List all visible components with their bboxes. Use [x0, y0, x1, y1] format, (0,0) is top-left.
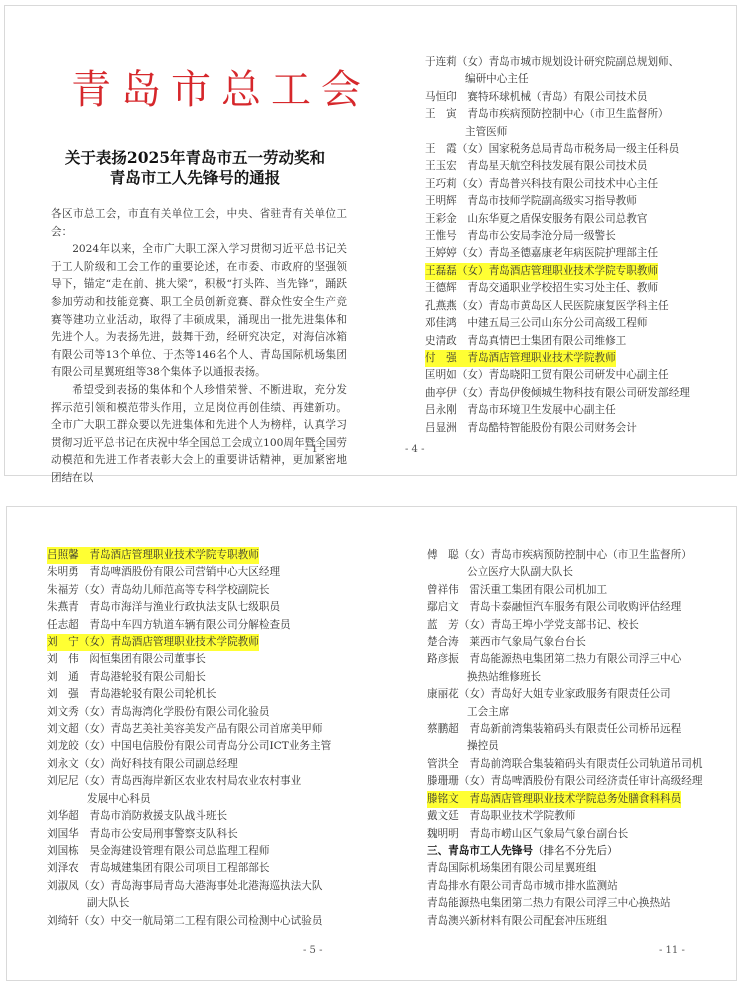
honoree-position: 青岛酒店管理职业技术学院专职教师 [489, 265, 659, 277]
honoree-position-continued: 发展中心科员 [47, 791, 331, 808]
honoree-position: 青岛港轮驳有限公司轮机长 [89, 688, 216, 700]
honoree-name: 刘国栋 [47, 845, 89, 857]
list-item: 蓝 芳（女）青岛王埠小学党支部书记、校长 [427, 617, 702, 634]
honoree-name: 王婷婷（女） [425, 247, 489, 259]
list-item: 王巧莉（女）青岛普兴科技有限公司技术中心主任 [425, 176, 690, 193]
page-number: - 4 - [405, 444, 424, 455]
honoree-position: 莱西市气象局气象台台长 [469, 636, 586, 648]
honoree-position: 青岛市崂山区气象局气象台副台长 [469, 828, 628, 840]
list-item: 蔡鹏超 青岛新前湾集装箱码头有限责任公司桥吊远程操控员 [427, 721, 702, 756]
honoree-name: 刘龙皎（女） [47, 740, 111, 752]
honoree-name: 朱燕青 [47, 601, 89, 613]
list-item: 史清政 青岛真情巴士集团有限公司维修工 [425, 333, 690, 350]
honoree-name: 孔燕燕（女） [425, 300, 489, 312]
honoree-position: 青岛圣德嘉康老年病医院护理部主任 [489, 247, 659, 259]
honoree-position: 青岛市疾病预防控制中心（市卫生监督所） [491, 549, 692, 561]
document-title: 关于表扬2025年青岛市五一劳动奖和 青岛市工人先锋号的通报 [5, 148, 385, 188]
list-item: 康丽花（女）青岛好大姐专业家政服务有限责任公司工会主席 [427, 686, 702, 721]
honoree-position: 青岛市疾病预防控制中心（市卫生监督所） [467, 108, 668, 120]
page-4: 于连莉（女）青岛市城市规划设计研究院副总规划师、编研中心主任马恒印 赛特环球机械… [385, 6, 735, 475]
honoree-position: 青岛幼儿师范高等专科学校副院长 [111, 584, 270, 596]
honoree-position: 青岛西海岸新区农业农村局农业农村事业 [111, 775, 302, 787]
page-number: - 11 - [659, 945, 685, 956]
honoree-position: 青岛酷特智能股份有限公司财务会计 [467, 422, 637, 434]
honoree-position-continued: 工会主席 [427, 704, 702, 721]
honoree-position: 青岛酒店管理职业技术学院教师 [467, 352, 615, 364]
paragraph-1: 2024年以来，全市广大职工深入学习贯彻习近平总书记关于工人阶级和工会工作的重要… [51, 241, 347, 382]
list-item: 付 强 青岛酒店管理职业技术学院教师 [425, 350, 690, 367]
honoree-position: 闳恒集团有限公司董事长 [89, 653, 206, 665]
honoree-position: 青岛海湾化学股份有限公司化验员 [111, 706, 270, 718]
honoree-list: 吕照馨 青岛酒店管理职业技术学院专职教师朱明勇 青岛啤酒股份有限公司营销中心大区… [47, 547, 331, 930]
honoree-position: 青岛前湾联合集装箱码头有限责任公司轨道吊司机 [469, 758, 702, 770]
honoree-name: 滕铭文 [427, 793, 469, 805]
honoree-name: 于连莉（女） [425, 56, 489, 68]
honoree-list-wrap: 傅 聪（女）青岛市疾病预防控制中心（市卫生监督所）公立医疗大队副大队长曾祥伟 雷… [427, 547, 702, 930]
honoree-position: 青岛新前湾集装箱码头有限责任公司桥吊远程 [469, 723, 681, 735]
honoree-name: 邓佳鸿 [425, 317, 467, 329]
honoree-position-continued: 副大队长 [47, 895, 331, 912]
list-item: 刘永文（女）尚好科技有限公司副总经理 [47, 756, 331, 773]
honoree-name: 曲亭伊（女） [425, 387, 489, 399]
honoree-position: 青岛市公安局刑事警察支队科长 [89, 828, 237, 840]
honoree-position: 青岛伊俊倾城生物科技有限公司研发部经理 [489, 387, 690, 399]
honoree-position: 青岛卡泰融恒汽车服务有限公司收购评估经理 [469, 601, 681, 613]
honoree-name: 吕显洲 [425, 422, 467, 434]
honoree-name: 王惟号 [425, 230, 467, 242]
honoree-position: 青岛酒店管理职业技术学院教师 [111, 636, 259, 648]
list-item: 于连莉（女）青岛市城市规划设计研究院副总规划师、编研中心主任 [425, 54, 690, 89]
honoree-name: 吕永刚 [425, 404, 467, 416]
honoree-name: 蔡鹏超 [427, 723, 469, 735]
honoree-position: 青岛酒店管理职业技术学院专职教师 [89, 549, 259, 561]
honoree-position: 青岛艺美社美容美发产品有限公司首席美甲师 [111, 723, 323, 735]
honoree-position: 青岛好大姐专业家政服务有限责任公司 [491, 688, 671, 700]
list-item: 王彩金 山东华夏之盾保安服务有限公司总教官 [425, 211, 690, 228]
list-item: 朱明勇 青岛啤酒股份有限公司营销中心大区经理 [47, 564, 331, 581]
honoree-name: 匡明如（女） [425, 369, 489, 381]
list-item: 刘文秀（女）青岛海湾化学股份有限公司化验员 [47, 704, 331, 721]
honoree-name: 马恒印 [425, 91, 467, 103]
list-item: 王磊磊（女）青岛酒店管理职业技术学院专职教师 [425, 263, 690, 280]
honoree-position: 青岛普兴科技有限公司技术中心主任 [489, 178, 659, 190]
document-body: 各区市总工会，市直有关单位工会，中央、省驻青有关单位工会： 2024年以来，全市… [51, 206, 347, 488]
honoree-name: 刘文秀（女） [47, 706, 111, 718]
honoree-position-continued: 换热站维修班长 [427, 669, 702, 686]
honoree-name: 王明辉 [425, 195, 467, 207]
title-line-1: 关于表扬2025年青岛市五一劳动奖和 [5, 148, 385, 168]
list-item: 刘绮轩（女）中交一航局第二工程有限公司检测中心试验员 [47, 913, 331, 930]
honoree-name: 路彦振 [427, 653, 469, 665]
list-item: 王 寅 青岛市疾病预防控制中心（市卫生监督所）主管医师 [425, 106, 690, 141]
honoree-name: 王巧莉（女） [425, 178, 489, 190]
honoree-name: 王德辉 [425, 282, 467, 294]
honoree-position: 国家税务总局青岛市税务局一级主任科员 [489, 143, 680, 155]
honoree-position: 青岛啤酒股份有限公司经济责任审计高级经理 [491, 775, 703, 787]
honoree-name: 滕珊珊（女） [427, 775, 491, 787]
honoree-position: 青岛酒店管理职业技术学院总务处膳食科科员 [469, 793, 681, 805]
honoree-name: 王 霞（女） [425, 143, 489, 155]
list-item: 滕铭文 青岛酒店管理职业技术学院总务处膳食科科员 [427, 791, 702, 808]
honoree-position: 青岛晓阳工贸有限公司研发中心副主任 [489, 369, 669, 381]
paragraph-2: 希望受到表扬的集体和个人珍惜荣誉、不断进取，充分发挥示范引领和模范带头作用，立足… [51, 382, 347, 488]
honoree-name: 刘泽农 [47, 862, 89, 874]
honoree-name: 曾祥伟 [427, 584, 469, 596]
list-item: 孔燕燕（女）青岛市黄岛区人民医院康复医学科主任 [425, 298, 690, 315]
honoree-position: 青岛市消防救援支队战斗班长 [89, 810, 227, 822]
honoree-name: 朱明勇 [47, 566, 89, 578]
honoree-name: 楚合涛 [427, 636, 469, 648]
list-item: 王婷婷（女）青岛圣德嘉康老年病医院护理部主任 [425, 245, 690, 262]
honoree-name: 管洪全 [427, 758, 469, 770]
list-item: 刘文超（女）青岛艺美社美容美发产品有限公司首席美甲师 [47, 721, 331, 738]
honoree-name: 刘淑凤（女） [47, 880, 111, 892]
list-item: 王玉宏 青岛星天航空科技发展有限公司技术员 [425, 158, 690, 175]
list-item: 吕永刚 青岛市环境卫生发展中心副主任 [425, 402, 690, 419]
honoree-position-continued: 主管医师 [425, 124, 690, 141]
section-heading: 三、青岛市工人先锋号（排名不分先后） [427, 843, 702, 860]
honoree-name: 朱福芳（女） [47, 584, 111, 596]
list-item: 王德辉 青岛交通职业学校招生实习处主任、教师 [425, 280, 690, 297]
honoree-name: 鄢启文 [427, 601, 469, 613]
honoree-name: 任志超 [47, 619, 89, 631]
page-5: 吕照馨 青岛酒店管理职业技术学院专职教师朱明勇 青岛啤酒股份有限公司营销中心大区… [7, 507, 387, 980]
collective-item: 青岛澳兴新材料有限公司配套冲压班组 [427, 913, 702, 930]
list-item: 鄢启文 青岛卡泰融恒汽车服务有限公司收购评估经理 [427, 599, 702, 616]
honoree-name: 刘 宁（女） [47, 636, 111, 648]
collective-item: 青岛排水有限公司青岛市城市排水监测站 [427, 878, 702, 895]
page-1: 青岛市总工会 关于表扬2025年青岛市五一劳动奖和 青岛市工人先锋号的通报 各区… [5, 6, 385, 475]
honoree-position: 青岛市公安局李沧分局一级警长 [467, 230, 615, 242]
collective-list: 青岛国际机场集团有限公司星翼班组青岛排水有限公司青岛市城市排水监测站青岛能源热电… [427, 860, 702, 930]
letterhead: 青岛市总工会 [71, 58, 371, 115]
honoree-position: 青岛市技师学院副高级实习指导教师 [467, 195, 637, 207]
honoree-position: 青岛中车四方轨道车辆有限公司分解检查员 [89, 619, 290, 631]
honoree-position: 青岛市海洋与渔业行政执法支队七级职员 [89, 601, 280, 613]
honoree-position: 青岛啤酒股份有限公司营销中心大区经理 [89, 566, 280, 578]
salutation: 各区市总工会，市直有关单位工会，中央、省驻青有关单位工会： [51, 206, 347, 241]
honoree-position-continued: 操控员 [427, 738, 702, 755]
honoree-position: 中交一航局第二工程有限公司检测中心试验员 [111, 915, 323, 927]
section-note: （排名不分先后） [533, 845, 618, 857]
honoree-position: 青岛职业技术学院教师 [469, 810, 575, 822]
honoree-name: 王彩金 [425, 213, 467, 225]
honoree-position: 山东华夏之盾保安服务有限公司总教官 [467, 213, 647, 225]
list-item: 朱福芳（女）青岛幼儿师范高等专科学校副院长 [47, 582, 331, 599]
list-item: 刘龙皎（女）中国电信股份有限公司青岛分公司ICT业务主管 [47, 738, 331, 755]
list-item: 刘尼尼（女）青岛西海岸新区农业农村局农业农村事业发展中心科员 [47, 773, 331, 808]
honoree-name: 刘永文（女） [47, 758, 111, 770]
honoree-position: 青岛城建集团有限公司项目工程部部长 [89, 862, 269, 874]
list-item: 刘国华 青岛市公安局刑事警察支队科长 [47, 826, 331, 843]
list-item: 王 霞（女）国家税务总局青岛市税务局一级主任科员 [425, 141, 690, 158]
list-item: 朱燕青 青岛市海洋与渔业行政执法支队七级职员 [47, 599, 331, 616]
list-item: 王明辉 青岛市技师学院副高级实习指导教师 [425, 193, 690, 210]
list-item: 路彦振 青岛能源热电集团第二热力有限公司浮三中心换热站维修班长 [427, 651, 702, 686]
honoree-name: 付 强 [425, 352, 467, 364]
list-item: 吕照馨 青岛酒店管理职业技术学院专职教师 [47, 547, 331, 564]
list-item: 刘国栋 昊金海建设管理有限公司总监理工程师 [47, 843, 331, 860]
list-item: 滕珊珊（女）青岛啤酒股份有限公司经济责任审计高级经理 [427, 773, 702, 790]
honoree-position: 中建五局三公司山东分公司高级工程师 [467, 317, 647, 329]
honoree-position: 青岛王埠小学党支部书记、校长 [491, 619, 639, 631]
list-item: 任志超 青岛中车四方轨道车辆有限公司分解检查员 [47, 617, 331, 634]
honoree-name: 傅 聪（女） [427, 549, 491, 561]
honoree-name: 王磊磊（女） [425, 265, 489, 277]
page-11: 傅 聪（女）青岛市疾病预防控制中心（市卫生监督所）公立医疗大队副大队长曾祥伟 雷… [387, 507, 737, 980]
honoree-name: 蓝 芳（女） [427, 619, 491, 631]
honoree-name: 戴文廷 [427, 810, 469, 822]
title-line-2: 青岛市工人先锋号的通报 [5, 168, 385, 188]
honoree-name: 刘国华 [47, 828, 89, 840]
list-item: 管洪全 青岛前湾联合集装箱码头有限责任公司轨道吊司机 [427, 756, 702, 773]
list-item: 匡明如（女）青岛晓阳工贸有限公司研发中心副主任 [425, 367, 690, 384]
list-item: 刘 宁（女）青岛酒店管理职业技术学院教师 [47, 634, 331, 651]
honoree-position: 尚好科技有限公司副总经理 [111, 758, 238, 770]
honoree-name: 王玉宏 [425, 160, 467, 172]
list-item: 曲亭伊（女）青岛伊俊倾城生物科技有限公司研发部经理 [425, 385, 690, 402]
honoree-position: 青岛市黄岛区人民医院康复医学科主任 [489, 300, 669, 312]
honoree-position-continued: 编研中心主任 [425, 71, 690, 88]
collective-item: 青岛能源热电集团第二热力有限公司浮三中心换热站 [427, 895, 702, 912]
honoree-name: 刘文超（女） [47, 723, 111, 735]
honoree-position: 赛特环球机械（青岛）有限公司技术员 [467, 91, 647, 103]
section-heading-text: 三、青岛市工人先锋号 [427, 845, 533, 857]
collective-item: 青岛国际机场集团有限公司星翼班组 [427, 860, 702, 877]
list-item: 曾祥伟 雷沃重工集团有限公司机加工 [427, 582, 702, 599]
page-number: - 1 - [305, 444, 324, 455]
honoree-position: 雷沃重工集团有限公司机加工 [469, 584, 607, 596]
honoree-name: 刘绮轩（女） [47, 915, 111, 927]
honoree-list: 傅 聪（女）青岛市疾病预防控制中心（市卫生监督所）公立医疗大队副大队长曾祥伟 雷… [427, 547, 702, 843]
list-item: 刘 伟 闳恒集团有限公司董事长 [47, 651, 331, 668]
honoree-position: 青岛能源热电集团第二热力有限公司浮三中心 [469, 653, 681, 665]
honoree-list: 于连莉（女）青岛市城市规划设计研究院副总规划师、编研中心主任马恒印 赛特环球机械… [425, 54, 690, 437]
page-number: - 5 - [303, 945, 322, 956]
honoree-name: 史清政 [425, 335, 467, 347]
list-item: 吕显洲 青岛酷特智能股份有限公司财务会计 [425, 420, 690, 437]
list-item: 刘淑凤（女）青岛海事局青岛大港海事处北港海巡执法大队副大队长 [47, 878, 331, 913]
honoree-position: 青岛星天航空科技发展有限公司技术员 [467, 160, 647, 172]
honoree-position: 青岛港轮驳有限公司船长 [89, 671, 206, 683]
list-item: 王惟号 青岛市公安局李沧分局一级警长 [425, 228, 690, 245]
honoree-name: 刘 伟 [47, 653, 89, 665]
list-item: 楚合涛 莱西市气象局气象台台长 [427, 634, 702, 651]
honoree-name: 康丽花（女） [427, 688, 491, 700]
honoree-position: 青岛市环境卫生发展中心副主任 [467, 404, 615, 416]
honoree-position-continued: 公立医疗大队副大队长 [427, 564, 702, 581]
honoree-name: 魏明明 [427, 828, 469, 840]
list-item: 邓佳鸿 中建五局三公司山东分公司高级工程师 [425, 315, 690, 332]
honoree-name: 刘华超 [47, 810, 89, 822]
honoree-name: 吕照馨 [47, 549, 89, 561]
honoree-name: 刘尼尼（女） [47, 775, 111, 787]
honoree-name: 刘 通 [47, 671, 89, 683]
list-item: 马恒印 赛特环球机械（青岛）有限公司技术员 [425, 89, 690, 106]
list-item: 刘 强 青岛港轮驳有限公司轮机长 [47, 686, 331, 703]
honoree-name: 王 寅 [425, 108, 467, 120]
honoree-name: 刘 强 [47, 688, 89, 700]
honoree-position: 昊金海建设管理有限公司总监理工程师 [89, 845, 269, 857]
list-item: 魏明明 青岛市崂山区气象局气象台副台长 [427, 826, 702, 843]
honoree-position: 青岛市城市规划设计研究院副总规划师、 [489, 56, 680, 68]
list-item: 傅 聪（女）青岛市疾病预防控制中心（市卫生监督所）公立医疗大队副大队长 [427, 547, 702, 582]
list-item: 刘 通 青岛港轮驳有限公司船长 [47, 669, 331, 686]
honoree-position: 青岛交通职业学校招生实习处主任、教师 [467, 282, 658, 294]
honoree-position: 中国电信股份有限公司青岛分公司ICT业务主管 [111, 740, 332, 752]
spread-pages-5-11: 吕照馨 青岛酒店管理职业技术学院专职教师朱明勇 青岛啤酒股份有限公司营销中心大区… [6, 506, 737, 981]
list-item: 戴文廷 青岛职业技术学院教师 [427, 808, 702, 825]
spread-pages-1-4: 青岛市总工会 关于表扬2025年青岛市五一劳动奖和 青岛市工人先锋号的通报 各区… [4, 5, 737, 476]
list-item: 刘泽农 青岛城建集团有限公司项目工程部部长 [47, 860, 331, 877]
list-item: 刘华超 青岛市消防救援支队战斗班长 [47, 808, 331, 825]
honoree-position: 青岛海事局青岛大港海事处北港海巡执法大队 [111, 880, 323, 892]
honoree-position: 青岛真情巴士集团有限公司维修工 [467, 335, 626, 347]
